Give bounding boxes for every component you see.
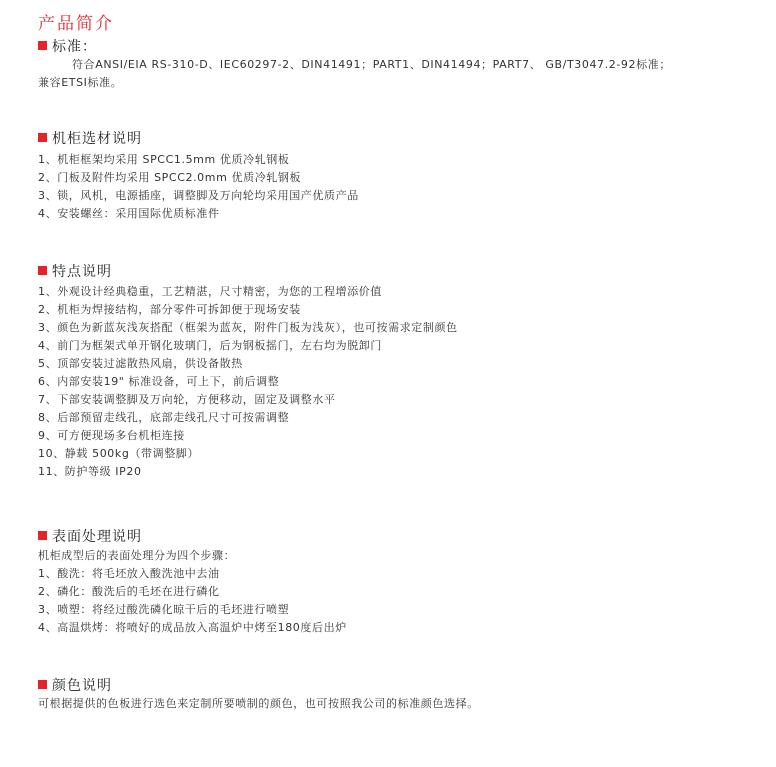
materials-line-4: 4、安装螺丝：采用国际优质标准件 [38,207,220,221]
features-line-5: 5、顶部安装过滤散热风扇，供设备散热 [38,357,243,371]
features-line-9: 9、可方便现场多台机柜连接 [38,429,185,443]
features-line-10: 10、静载 500kg（带调整脚） [38,447,199,461]
red-square-bullet-icon [38,41,47,50]
surface-line-intro: 机柜成型后的表面处理分为四个步骤： [38,549,235,563]
section-heading-color: 颜色说明 [38,677,112,695]
red-square-bullet-icon [38,133,47,142]
red-square-bullet-icon [38,680,47,689]
red-square-bullet-icon [38,266,47,275]
red-square-bullet-icon [38,531,47,540]
standard-line-2: 兼容ETSI标准。 [38,76,122,90]
surface-line-1: 1、酸洗：将毛坯放入酸洗池中去油 [38,567,220,581]
section-heading-text: 机柜选材说明 [52,131,142,147]
materials-line-1: 1、机柜框架均采用 SPCC1.5mm 优质冷轧钢板 [38,153,290,167]
section-heading-text: 表面处理说明 [52,529,142,545]
surface-line-2: 2、磷化：酸洗后的毛坯在进行磷化 [38,585,220,599]
section-heading-standard: 标准： [38,38,97,56]
materials-line-2: 2、门板及附件均采用 SPCC2.0mm 优质冷轧钢板 [38,171,301,185]
page-title: 产品简介 [38,14,114,34]
product-intro-document: 产品简介 标准： 符合ANSI/EIA RS-310-D、IEC60297-2、… [0,0,776,767]
surface-line-3: 3、喷塑：将经过酸洗磷化晾干后的毛坯进行喷塑 [38,603,289,617]
section-heading-text: 特点说明 [52,264,112,280]
materials-line-3: 3、锁，风机，电源插座，调整脚及万向轮均采用国产优质产品 [38,189,359,203]
section-heading-materials: 机柜选材说明 [38,130,142,148]
features-line-7: 7、下部安装调整脚及万向轮，方便移动，固定及调整水平 [38,393,336,407]
features-line-4: 4、前门为框架式单开钢化玻璃门，后为钢板摇门，左右均为脱卸门 [38,339,382,353]
section-heading-text: 颜色说明 [52,678,112,694]
section-heading-surface: 表面处理说明 [38,528,142,546]
section-heading-features: 特点说明 [38,263,112,281]
features-line-3: 3、颜色为新蓝灰浅灰搭配（框架为蓝灰，附件门板为浅灰），也可按需求定制颜色 [38,321,458,335]
surface-line-4: 4、高温烘烤：将喷好的成品放入高温炉中烤至180度后出炉 [38,621,347,635]
features-line-2: 2、机柜为焊接结构，部分零件可拆卸便于现场安装 [38,303,301,317]
features-line-6: 6、内部安装19" 标准设备，可上下，前后调整 [38,375,279,389]
features-line-8: 8、后部预留走线孔，底部走线孔尺寸可按需调整 [38,411,289,425]
features-line-11: 11、防护等级 IP20 [38,465,142,479]
standard-line-1: 符合ANSI/EIA RS-310-D、IEC60297-2、DIN41491；… [72,58,671,72]
features-line-1: 1、外观设计经典稳重，工艺精湛，尺寸精密，为您的工程增添价值 [38,285,382,299]
color-line-1: 可根据提供的色板进行选色来定制所要喷制的颜色，也可按照我公司的标准颜色选择。 [38,697,479,711]
section-heading-text: 标准： [52,39,97,55]
